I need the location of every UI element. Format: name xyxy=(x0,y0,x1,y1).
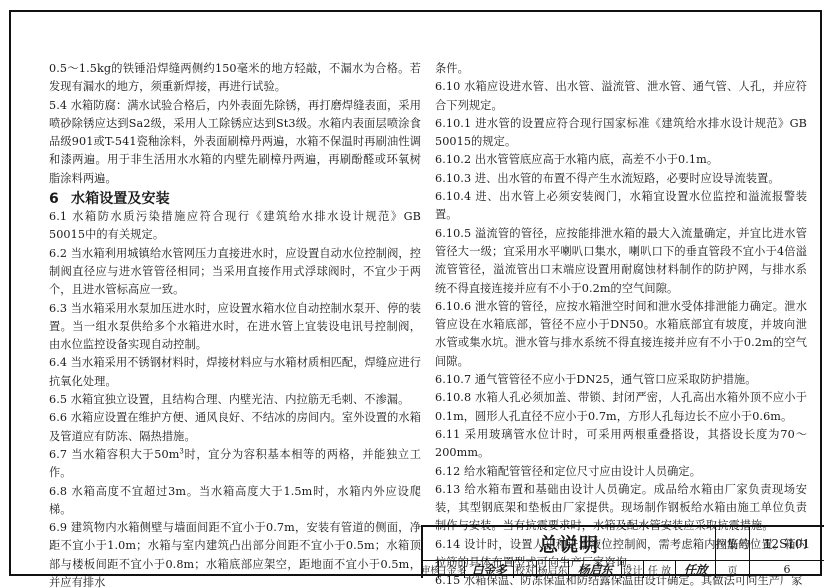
section-heading-6: 6水箱设置及安装 xyxy=(49,189,421,209)
check-label: 校对 xyxy=(514,561,537,578)
paragraph-6-5: 6.5 水箱宜独立设置，且结构合理、内壁光洁、内拉筋无毛刺、不渗漏。 xyxy=(49,391,421,409)
section-number: 6 xyxy=(49,189,71,209)
title-block: 总说明 图集号 12S101 审核 白金多 白金多 校对 杨启东 杨启东 设计 … xyxy=(421,525,824,578)
paragraph-6-10-1: 6.10.1 进水管的设置应符合现行国家标准《建筑给水排水设计规范》GB 500… xyxy=(435,115,807,152)
paragraph-6-10-7: 6.10.7 通气管管径不应小于DN25，通气管口应采取防护措施。 xyxy=(435,371,807,389)
paragraph-6-12: 6.12 给水箱配管管径和定位尺寸应由设计人员确定。 xyxy=(435,463,807,481)
page-label: 页 xyxy=(716,561,750,578)
paragraph-6-10-5: 6.10.5 溢流管的管径，应按能排泄水箱的最大入流量确定，并宜比进水管管径大一… xyxy=(435,225,807,298)
paragraph-6-10-2: 6.10.2 出水管管底应高于水箱内底，高差不小于0.1m。 xyxy=(435,151,807,169)
paragraph-6-7: 6.7 当水箱容积大于50m3时，宜分为容积基本相等的两格，并能独立工作。 xyxy=(49,446,421,483)
paragraph-6-1: 6.1 水箱防水质污染措施应符合现行《建筑给水排水设计规范》GB 50015中的… xyxy=(49,208,421,245)
checker-signature: 杨启东 xyxy=(569,561,622,578)
paragraph-6-10-8: 6.10.8 水箱人孔必须加盖、带锁、封闭严密，人孔高出水箱外顶不应小于0.1m… xyxy=(435,389,807,426)
left-column: 0.5～1.5kg的铁锤沿焊缝两侧约150毫米的地方轻敲，不漏水为合格。若发现有… xyxy=(49,60,421,588)
checker-name: 杨启东 xyxy=(537,561,569,578)
designer-signature: 任放 xyxy=(676,561,716,578)
paragraph-6-8: 6.8 水箱高度不宜超过3m。当水箱高度大于1.5m时，水箱内外应设爬梯。 xyxy=(49,483,421,520)
drawing-title: 总说明 xyxy=(423,527,716,560)
reviewer-signature: 白金多 xyxy=(465,561,514,578)
title-block-signature-row: 审核 白金多 白金多 校对 杨启东 杨启东 设计 任 放 任放 页 6 xyxy=(423,561,824,578)
paragraph-6-6: 6.6 水箱应设置在维护方便、通风良好、不结冰的房间内。室外设置的水箱及管道应有… xyxy=(49,409,421,446)
atlas-number: 12S101 xyxy=(750,527,824,560)
title-block-header-row: 总说明 图集号 12S101 xyxy=(423,527,824,561)
paragraph-continuation: 条件。 xyxy=(435,60,807,78)
paragraph-6-4: 6.4 当水箱采用不锈钢材料时，焊接材料应与水箱材质相匹配，焊缝应进行抗氧化处理… xyxy=(49,354,421,391)
paragraph-6-10-4: 6.10.4 进、出水管上必须安装阀门，水箱宜设置水位监控和溢流报警装置。 xyxy=(435,188,807,225)
paragraph-5-4: 5.4 水箱防腐：满水试验合格后，内外表面先除锈，再打磨焊缝表面，采用喷砂除锈应… xyxy=(49,97,421,188)
design-label: 设计 xyxy=(622,561,644,578)
section-title: 水箱设置及安装 xyxy=(71,191,170,207)
paragraph: 0.5～1.5kg的铁锤沿焊缝两侧约150毫米的地方轻敲，不漏水为合格。若发现有… xyxy=(49,60,421,97)
paragraph-6-10-3: 6.10.3 进、出水管的布置不得产生水流短路，必要时应设导流装置。 xyxy=(435,170,807,188)
designer-name: 任 放 xyxy=(644,561,676,578)
paragraph-6-10-6: 6.10.6 泄水管的管径，应按水箱泄空时间和泄水受体排泄能力确定。泄水管应设在… xyxy=(435,298,807,371)
reviewer-name: 白金多 xyxy=(439,561,465,578)
right-column: 条件。 6.10 水箱应设进水管、出水管、溢流管、泄水管、通气管、人孔，并应符合… xyxy=(435,60,807,588)
atlas-number-label: 图集号 xyxy=(716,527,750,560)
paragraph-6-3: 6.3 当水箱采用水泵加压进水时，应设置水箱水位自动控制水泵开、停的装置。当一组… xyxy=(49,300,421,355)
paragraph-6-2: 6.2 当水箱利用城镇给水管网压力直接进水时，应设置自动水位控制阀，控制阀直径应… xyxy=(49,245,421,300)
paragraph-6-11: 6.11 采用玻璃管水位计时，可采用两根重叠搭设，其搭设长度为70～200mm。 xyxy=(435,426,807,463)
page-number: 6 xyxy=(750,561,824,578)
paragraph-6-10: 6.10 水箱应设进水管、出水管、溢流管、泄水管、通气管、人孔，并应符合下列规定… xyxy=(435,78,807,115)
paragraph-6-9: 6.9 建筑物内水箱侧壁与墙面间距不宜小于0.7m，安装有管道的侧面，净距不宜小… xyxy=(49,519,421,588)
